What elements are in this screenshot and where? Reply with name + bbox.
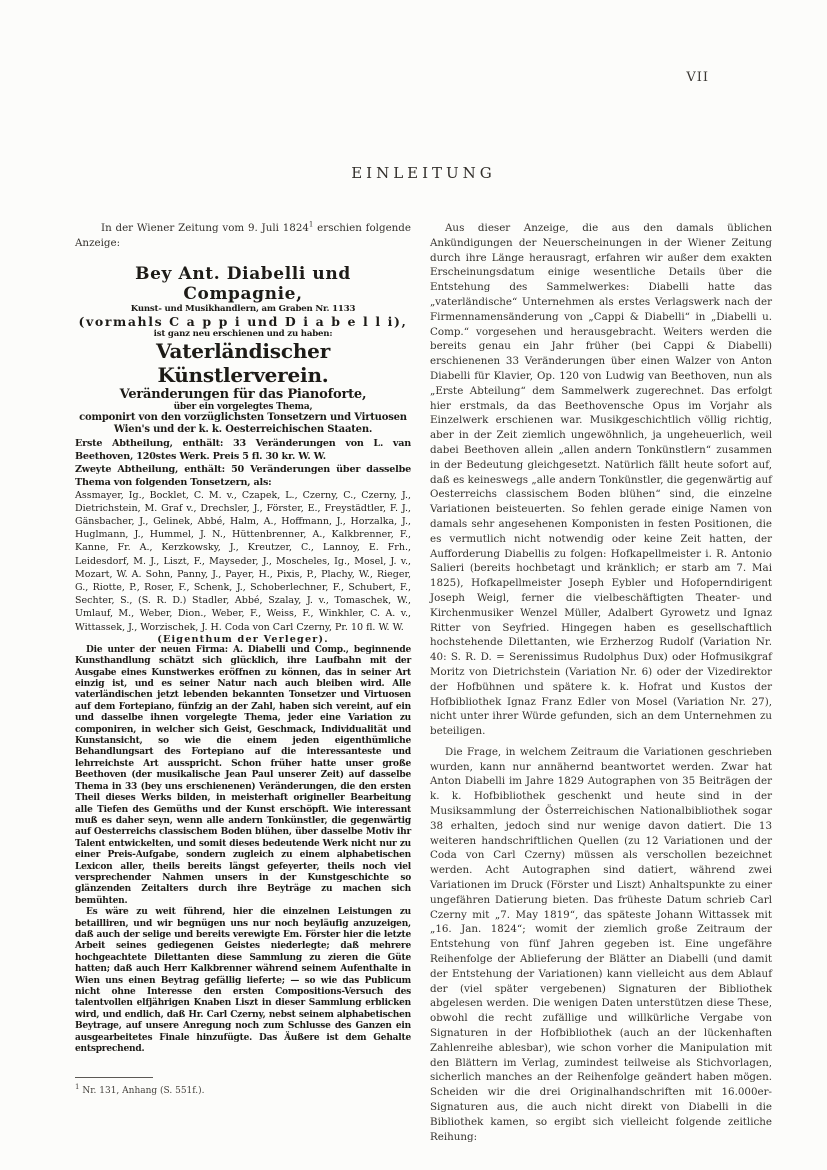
footnote-text: Nr. 131, Anhang (S. 551f.). [82, 1086, 204, 1096]
ad-subtitle-thema: über ein vorgelegtes Thema, [75, 402, 411, 412]
ad-subtitle-composers: componirt von den vorzüglichsten Tonsetz… [75, 412, 411, 437]
footnote-separator-rule [75, 1077, 153, 1078]
intro-text-before: In der Wiener Zeitung vom 9. Juli 1824 [101, 222, 309, 234]
page-number: VII [686, 70, 709, 85]
advertisement-facsimile: Bey Ant. Diabelli und Compagnie, Kunst- … [75, 264, 411, 1056]
ad-first-part: Erste Abtheilung, enthält: 33 Veränderun… [75, 437, 411, 463]
ad-availability-line: ist ganz neu erschienen und zu haben: [75, 329, 411, 339]
ad-composer-list: Assmayer, Ig., Bocklet, C. M. v., Czapek… [75, 489, 411, 634]
two-column-text-block: In der Wiener Zeitung vom 9. Juli 18241 … [75, 221, 772, 1144]
footnote: 1 Nr. 131, Anhang (S. 551f.). [75, 1085, 411, 1097]
ad-body-paragraph-1: Die unter der neuen Firma: A. Diabelli u… [75, 645, 411, 907]
book-page: VII EINLEITUNG In der Wiener Zeitung vom… [0, 0, 827, 1170]
page-title: EINLEITUNG [75, 164, 772, 182]
footnote-number: 1 [75, 1083, 79, 1091]
ad-former-name-line: (vormahls C a p p i und D i a b e l l i)… [75, 314, 411, 329]
left-column: In der Wiener Zeitung vom 9. Juli 18241 … [75, 221, 411, 1097]
ad-address-line: Kunst- und Musikhandlern, am Graben Nr. … [75, 304, 411, 314]
intro-paragraph: In der Wiener Zeitung vom 9. Juli 18241 … [75, 221, 411, 251]
body-paragraph-1: Aus dieser Anzeige, die aus den damals ü… [430, 221, 772, 739]
body-paragraph-2: Die Frage, in welchem Zeitraum die Varia… [430, 745, 772, 1145]
ad-publisher-line: Bey Ant. Diabelli und Compagnie, [75, 264, 411, 304]
ad-second-part: Zweyte Abtheilung, enthält: 50 Veränderu… [75, 463, 411, 489]
ad-ownership-line: (Eigenthum der Verleger). [75, 634, 411, 645]
ad-body-paragraph-2: Es wäre zu weit führend, hier die einzel… [75, 907, 411, 1055]
right-column: Aus dieser Anzeige, die aus den damals ü… [430, 221, 772, 1144]
ad-work-title: Vaterländischer Künstlerverein. [75, 339, 411, 387]
ad-subtitle-pianoforte: Veränderungen für das Pianoforte, [75, 387, 411, 402]
